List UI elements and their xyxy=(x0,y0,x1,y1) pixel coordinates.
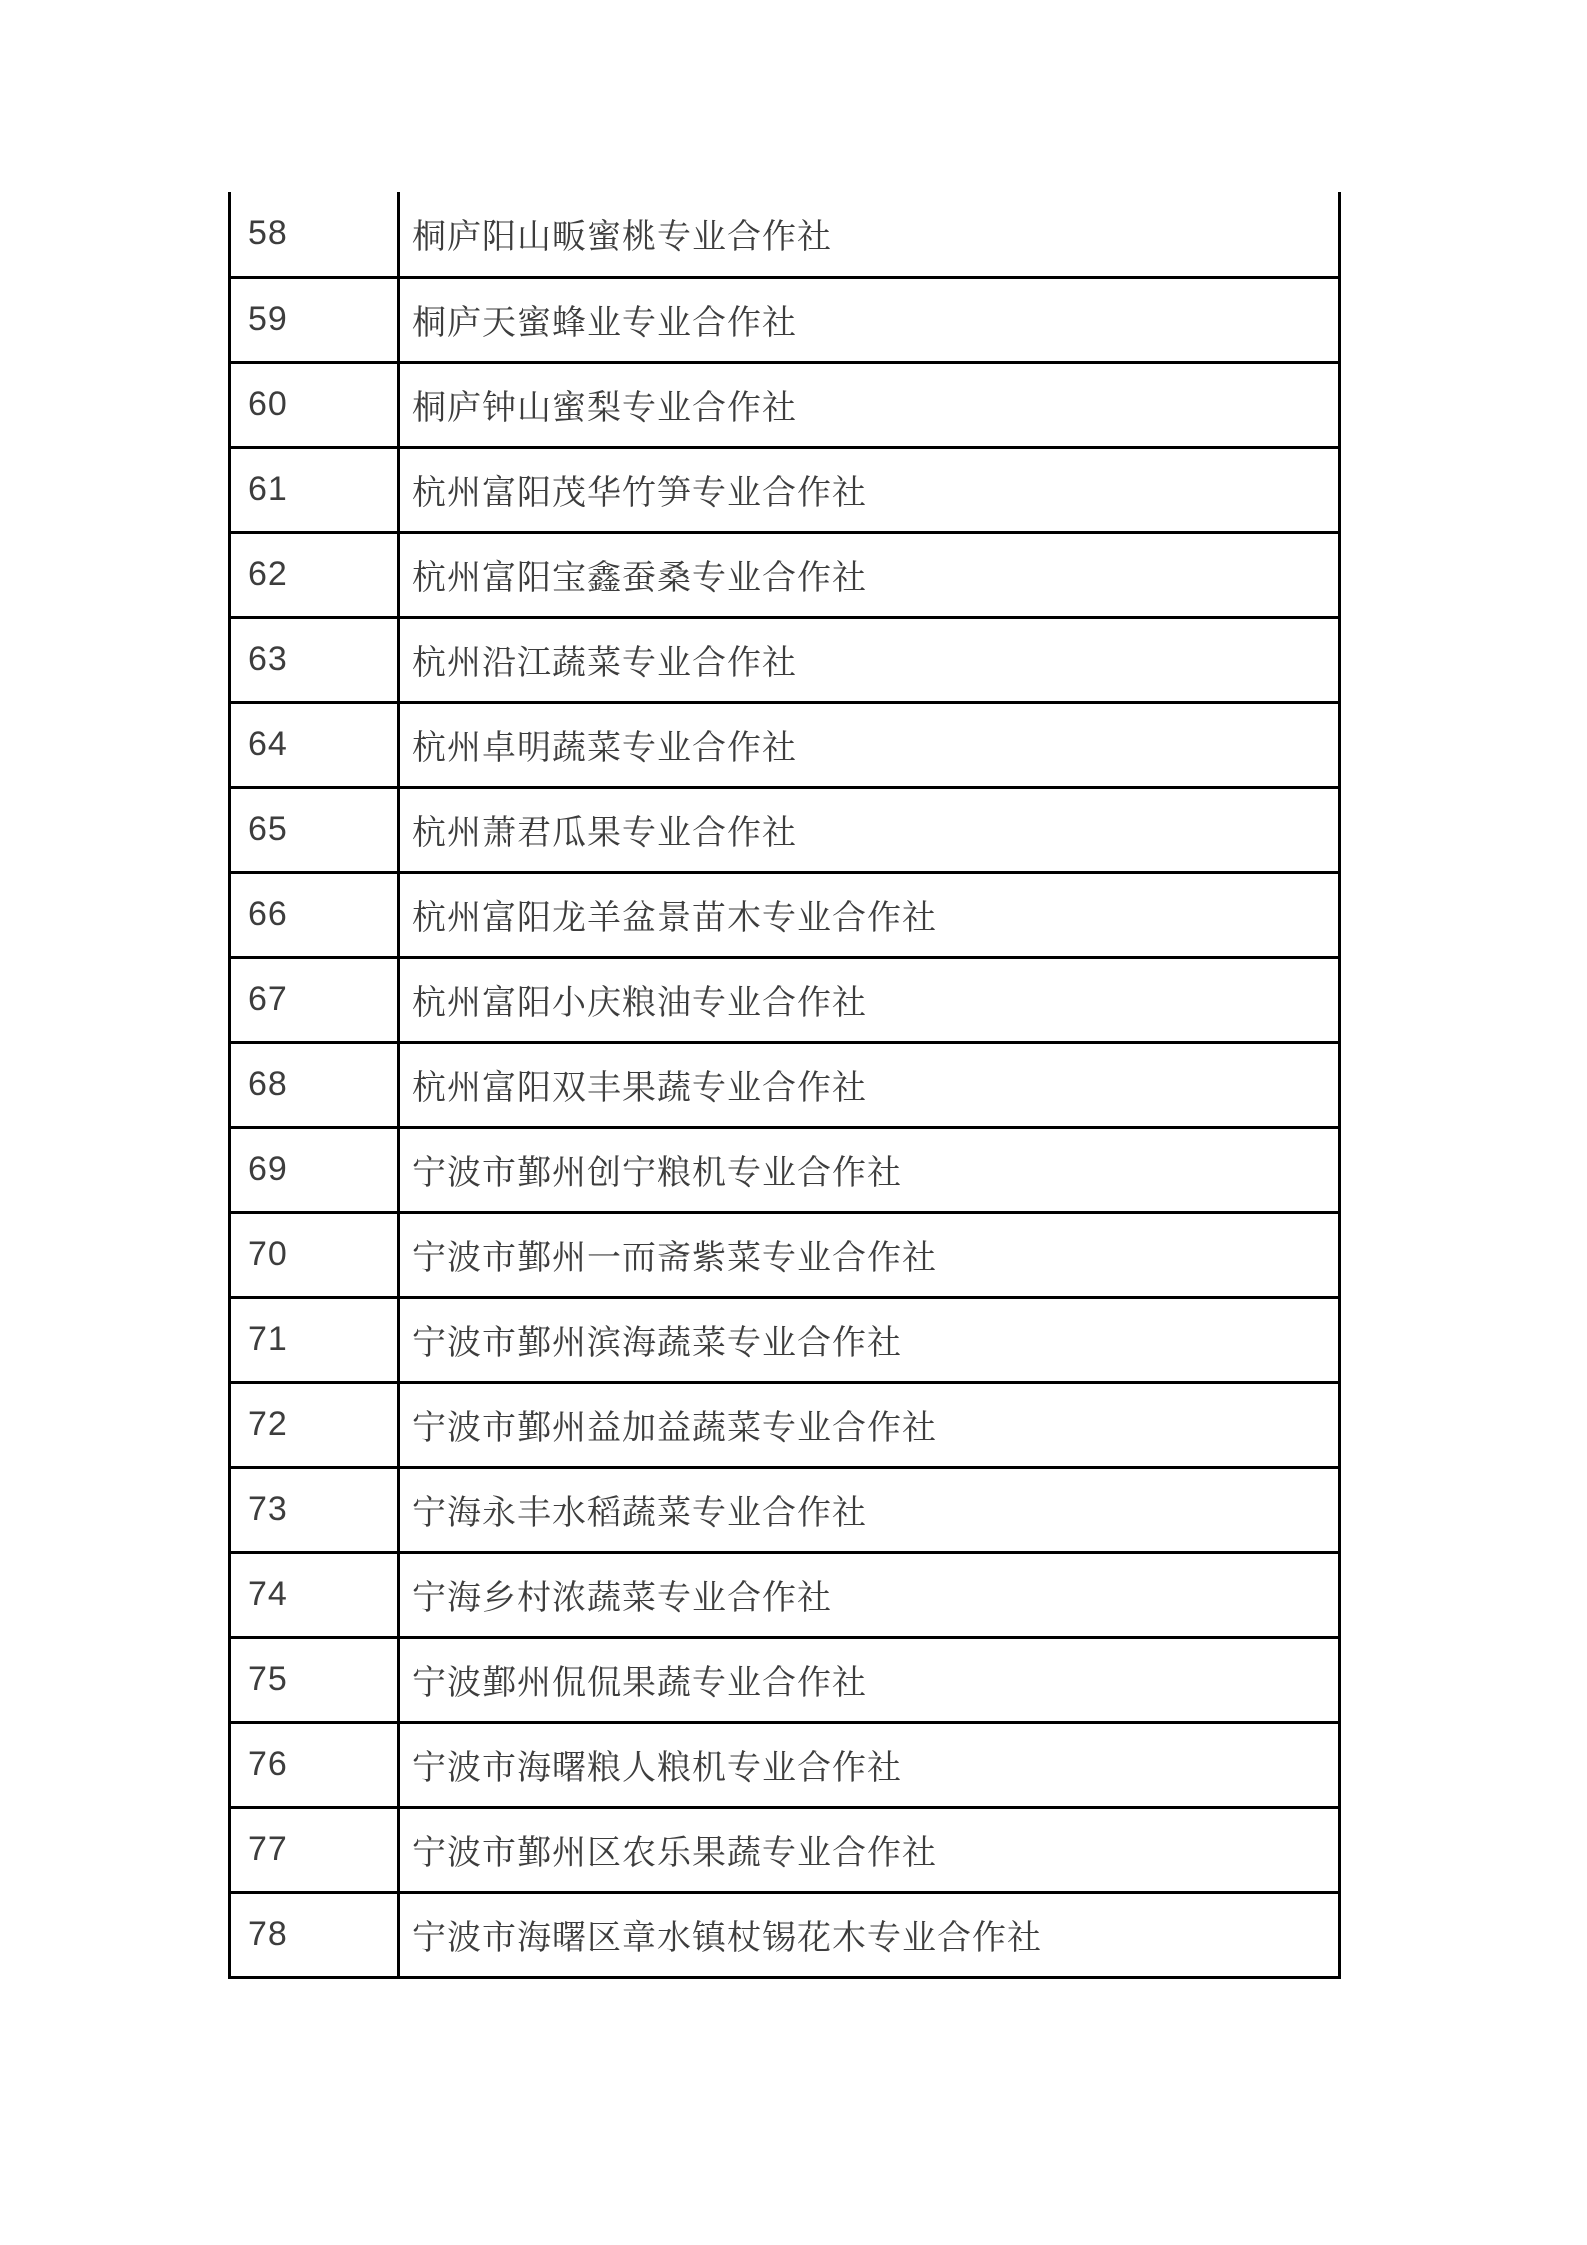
cooperative-name-cell: 宁波市鄞州区农乐果蔬专业合作社 xyxy=(399,1807,1340,1892)
table-row: 70 宁波市鄞州一而斋紫菜专业合作社 xyxy=(230,1212,1340,1297)
table-row: 75 宁波鄞州侃侃果蔬专业合作社 xyxy=(230,1637,1340,1722)
cooperative-name-cell: 宁波市海曙区章水镇杖锡花木专业合作社 xyxy=(399,1892,1340,1977)
cooperative-name-cell: 宁波市鄞州一而斋紫菜专业合作社 xyxy=(399,1212,1340,1297)
table-row: 68 杭州富阳双丰果蔬专业合作社 xyxy=(230,1042,1340,1127)
cooperative-name-cell: 宁海乡村浓蔬菜专业合作社 xyxy=(399,1552,1340,1637)
table-row: 58 桐庐阳山畈蜜桃专业合作社 xyxy=(230,192,1340,277)
table-row: 67 杭州富阳小庆粮油专业合作社 xyxy=(230,957,1340,1042)
row-number-cell: 64 xyxy=(230,702,399,787)
table-row: 66 杭州富阳龙羊盆景苗木专业合作社 xyxy=(230,872,1340,957)
cooperative-name-cell: 桐庐天蜜蜂业专业合作社 xyxy=(399,277,1340,362)
row-number-cell: 58 xyxy=(230,192,399,277)
row-number-cell: 62 xyxy=(230,532,399,617)
table-row: 72 宁波市鄞州益加益蔬菜专业合作社 xyxy=(230,1382,1340,1467)
document-page: 58 桐庐阳山畈蜜桃专业合作社 59 桐庐天蜜蜂业专业合作社 60 桐庐钟山蜜梨… xyxy=(0,0,1587,2245)
cooperative-name-cell: 宁波市海曙粮人粮机专业合作社 xyxy=(399,1722,1340,1807)
row-number-cell: 68 xyxy=(230,1042,399,1127)
row-number-cell: 60 xyxy=(230,362,399,447)
cooperative-name-cell: 杭州富阳小庆粮油专业合作社 xyxy=(399,957,1340,1042)
cooperative-name-cell: 宁海永丰水稻蔬菜专业合作社 xyxy=(399,1467,1340,1552)
table-row: 73 宁海永丰水稻蔬菜专业合作社 xyxy=(230,1467,1340,1552)
cooperative-name-cell: 杭州萧君瓜果专业合作社 xyxy=(399,787,1340,872)
row-number-cell: 76 xyxy=(230,1722,399,1807)
row-number-cell: 65 xyxy=(230,787,399,872)
table-row: 64 杭州卓明蔬菜专业合作社 xyxy=(230,702,1340,787)
row-number-cell: 70 xyxy=(230,1212,399,1297)
row-number-cell: 66 xyxy=(230,872,399,957)
cooperative-name-cell: 宁波市鄞州滨海蔬菜专业合作社 xyxy=(399,1297,1340,1382)
cooperative-name-cell: 宁波市鄞州创宁粮机专业合作社 xyxy=(399,1127,1340,1212)
table-row: 78 宁波市海曙区章水镇杖锡花木专业合作社 xyxy=(230,1892,1340,1977)
cooperative-name-cell: 桐庐阳山畈蜜桃专业合作社 xyxy=(399,192,1340,277)
row-number-cell: 59 xyxy=(230,277,399,362)
row-number-cell: 67 xyxy=(230,957,399,1042)
table-row: 59 桐庐天蜜蜂业专业合作社 xyxy=(230,277,1340,362)
row-number-cell: 72 xyxy=(230,1382,399,1467)
table-row: 69 宁波市鄞州创宁粮机专业合作社 xyxy=(230,1127,1340,1212)
row-number-cell: 61 xyxy=(230,447,399,532)
table-row: 62 杭州富阳宝鑫蚕桑专业合作社 xyxy=(230,532,1340,617)
cooperative-name-cell: 杭州富阳龙羊盆景苗木专业合作社 xyxy=(399,872,1340,957)
row-number-cell: 69 xyxy=(230,1127,399,1212)
table-row: 76 宁波市海曙粮人粮机专业合作社 xyxy=(230,1722,1340,1807)
row-number-cell: 74 xyxy=(230,1552,399,1637)
cooperative-table: 58 桐庐阳山畈蜜桃专业合作社 59 桐庐天蜜蜂业专业合作社 60 桐庐钟山蜜梨… xyxy=(228,192,1341,1979)
cooperative-name-cell: 杭州沿江蔬菜专业合作社 xyxy=(399,617,1340,702)
row-number-cell: 71 xyxy=(230,1297,399,1382)
table-row: 77 宁波市鄞州区农乐果蔬专业合作社 xyxy=(230,1807,1340,1892)
table-row: 71 宁波市鄞州滨海蔬菜专业合作社 xyxy=(230,1297,1340,1382)
cooperative-name-cell: 桐庐钟山蜜梨专业合作社 xyxy=(399,362,1340,447)
table-row: 63 杭州沿江蔬菜专业合作社 xyxy=(230,617,1340,702)
cooperative-name-cell: 杭州富阳茂华竹笋专业合作社 xyxy=(399,447,1340,532)
cooperative-name-cell: 宁波市鄞州益加益蔬菜专业合作社 xyxy=(399,1382,1340,1467)
row-number-cell: 78 xyxy=(230,1892,399,1977)
row-number-cell: 73 xyxy=(230,1467,399,1552)
row-number-cell: 63 xyxy=(230,617,399,702)
table-row: 60 桐庐钟山蜜梨专业合作社 xyxy=(230,362,1340,447)
cooperative-name-cell: 宁波鄞州侃侃果蔬专业合作社 xyxy=(399,1637,1340,1722)
table-body: 58 桐庐阳山畈蜜桃专业合作社 59 桐庐天蜜蜂业专业合作社 60 桐庐钟山蜜梨… xyxy=(230,192,1340,1977)
row-number-cell: 77 xyxy=(230,1807,399,1892)
cooperative-name-cell: 杭州卓明蔬菜专业合作社 xyxy=(399,702,1340,787)
table-row: 61 杭州富阳茂华竹笋专业合作社 xyxy=(230,447,1340,532)
table-row: 65 杭州萧君瓜果专业合作社 xyxy=(230,787,1340,872)
row-number-cell: 75 xyxy=(230,1637,399,1722)
cooperative-name-cell: 杭州富阳宝鑫蚕桑专业合作社 xyxy=(399,532,1340,617)
table-row: 74 宁海乡村浓蔬菜专业合作社 xyxy=(230,1552,1340,1637)
cooperative-name-cell: 杭州富阳双丰果蔬专业合作社 xyxy=(399,1042,1340,1127)
